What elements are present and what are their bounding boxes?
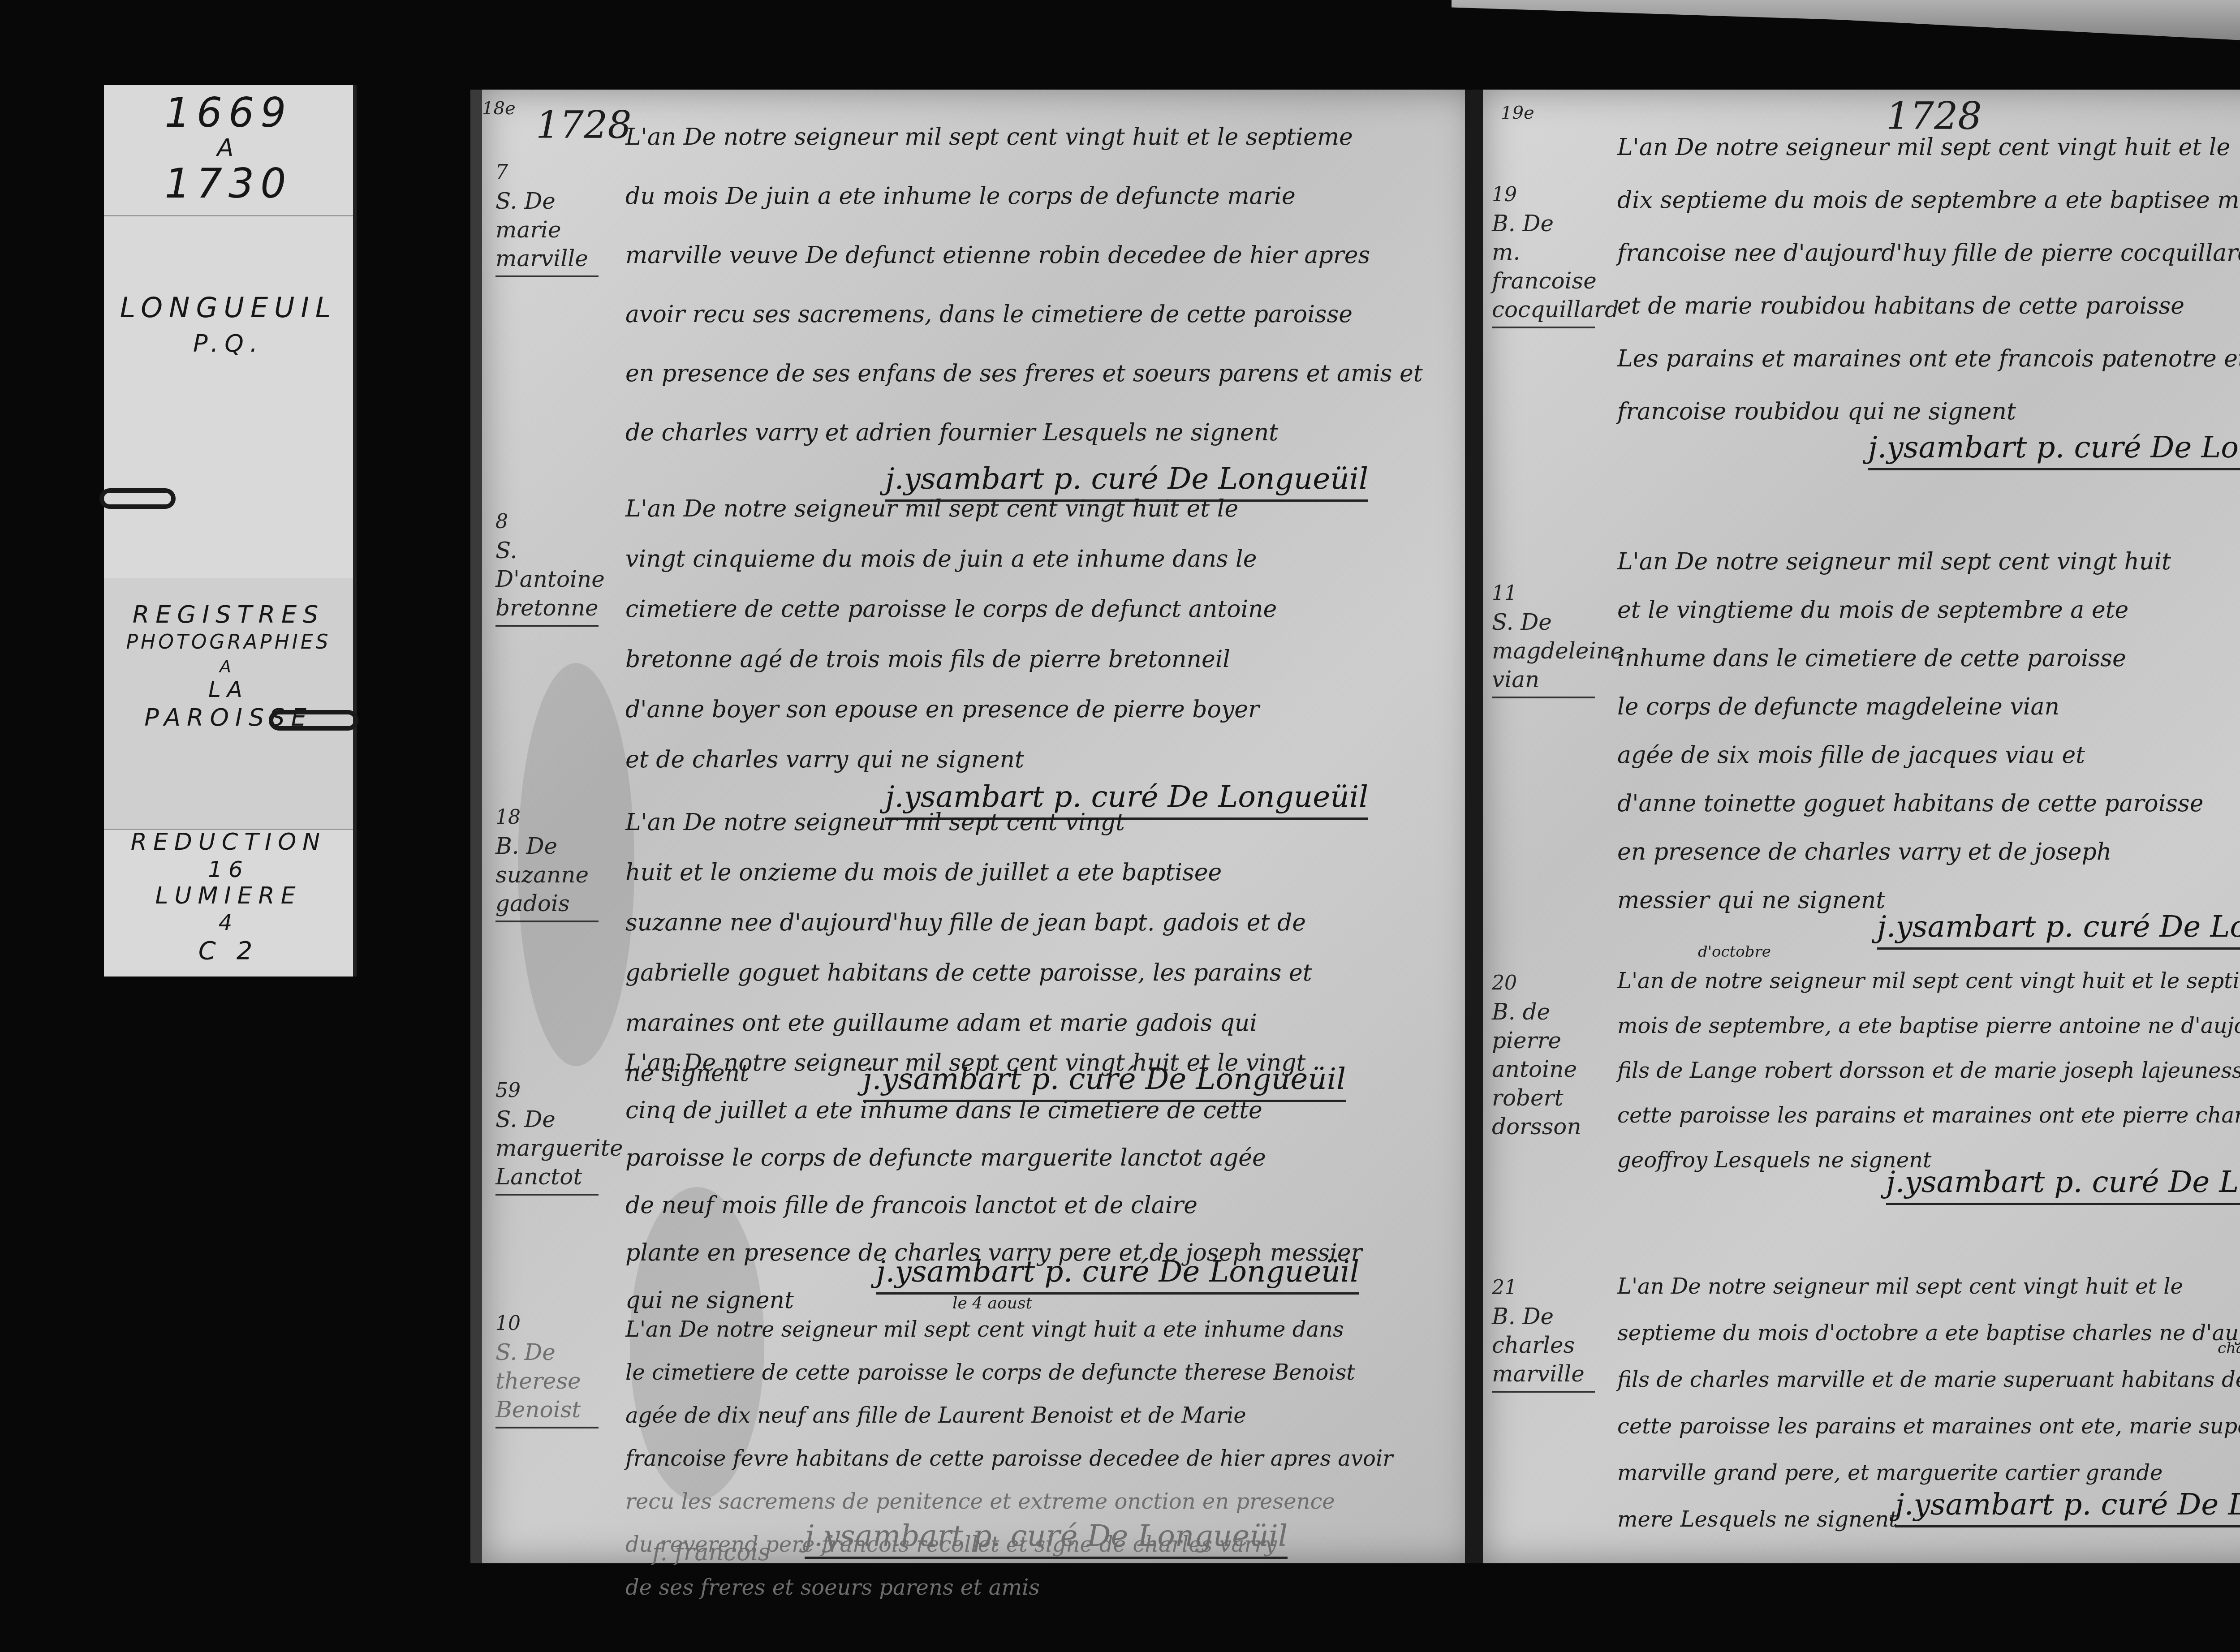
label-tech-line: C 2: [104, 936, 353, 965]
right-page: 1728 19e 19 B. De m. francoise cocquilla…: [1483, 90, 2240, 1563]
margin-line: suzanne: [495, 862, 589, 888]
entry-line: francoise nee d'aujourd'huy fille de pie…: [1617, 227, 2240, 280]
entry-line: et de charles varry qui ne signent: [625, 735, 1277, 785]
label-place-region: P.Q.: [104, 329, 353, 357]
entry-margin-note: 20 B. de pierre antoine robert dorsson: [1492, 968, 1613, 1141]
entry-line: L'an De notre seigneur mil sept cent vin…: [625, 1308, 1393, 1351]
entry-line: L'an De notre seigneur mil sept cent vin…: [625, 108, 1423, 167]
interlinear-note: d'octobre: [1698, 943, 1771, 961]
margin-line: Lanctot: [495, 1164, 582, 1190]
margin-line: gadois: [495, 891, 570, 916]
entry-line: L'an De notre seigneur mil sept cent vin…: [625, 484, 1277, 534]
entry-line: L'an De notre seigneur mil sept cent vin…: [625, 1039, 1362, 1087]
margin-line: antoine: [1492, 1056, 1577, 1082]
label-date-to: 1730: [104, 160, 353, 207]
margin-line: robert: [1492, 1085, 1564, 1111]
paper-clip-icon: [269, 710, 358, 731]
label-place-name: LONGUEUIL: [104, 291, 353, 324]
label-note-section: REGISTRES PHOTOGRAPHIES A LA PAROISSE: [104, 578, 353, 830]
label-note-line: LA: [104, 676, 353, 702]
entry-line: et le vingtieme du mois de septembre a e…: [1617, 586, 2203, 634]
entry-line: L'an De notre seigneur mil sept cent vin…: [1617, 538, 2203, 586]
margin-line: magdeleine: [1492, 638, 1624, 664]
paper-clip-icon: [99, 488, 176, 509]
label-tech-section: REDUCTION 16 LUMIERE 4 C 2: [104, 829, 353, 977]
entry-number: 19: [1492, 183, 1517, 206]
entry-text: L'an De notre seigneur mil sept cent vin…: [625, 108, 1423, 462]
curate-signature: j.ysambart p. curé De Longueüil: [1868, 430, 2240, 470]
label-note-line: A: [104, 657, 353, 676]
entry-line: agée de six mois fille de jacques viau e…: [1617, 731, 2203, 779]
curate-signature: j.ysambart p. curé De Longueüil: [805, 1519, 1288, 1559]
entry-line: cinq de juillet a ete inhume dans le cim…: [625, 1087, 1362, 1134]
folio-number: 18e: [482, 94, 603, 123]
entry-line: agée de dix neuf ans fille de Laurent Be…: [625, 1394, 1393, 1437]
entry-line: le corps de defuncte magdeleine vian: [1617, 683, 2203, 731]
entry-line: bretonne agé de trois mois fils de pierr…: [625, 634, 1277, 684]
label-tech-line: 16: [104, 856, 353, 882]
entry-line: de charles varry et adrien fournier Lesq…: [625, 403, 1423, 462]
label-note-line: PHOTOGRAPHIES: [104, 631, 353, 654]
entry-line: vingt cinquieme du mois de juin a ete in…: [625, 534, 1277, 584]
margin-line: marville: [495, 245, 588, 271]
margin-line: B. de pierre: [1492, 999, 1561, 1054]
label-place-section: LONGUEUIL P.Q.: [104, 215, 353, 579]
entry-line: gabrielle goguet habitans de cette paroi…: [625, 948, 1312, 998]
margin-line: marie: [495, 217, 561, 243]
margin-line: S. De: [1492, 609, 1552, 635]
entry-line: cette paroisse les parains et maraines o…: [1617, 1403, 2240, 1450]
margin-line: charles: [1492, 1332, 1575, 1358]
margin-line: B. De: [495, 833, 557, 859]
margin-line: dorsson: [1492, 1114, 1581, 1140]
entry-line: fils de charles marville et de marie sup…: [1617, 1356, 2240, 1403]
entry-line: cimetiere de cette paroisse le corps de …: [625, 584, 1277, 634]
left-page: 1728 18e 7 S. De marie marville L'an De …: [470, 90, 1477, 1563]
entry-line: paroisse le corps de defuncte marguerite…: [625, 1134, 1362, 1182]
entry-number: 8: [495, 510, 508, 533]
margin-line: S. D'antoine: [495, 538, 605, 592]
margin-line: vian: [1492, 667, 1539, 693]
curate-signature: j.ysambart p. curé De Longueüil: [1877, 909, 2240, 950]
curate-signature: j.ysambart p. curé De Longueüil: [876, 1254, 1359, 1295]
entry-line: septieme du mois d'octobre a ete baptise…: [1617, 1310, 2240, 1356]
margin-line: marville: [1492, 1361, 1585, 1387]
entry-line: d'anne boyer son epouse en presence de p…: [625, 684, 1277, 735]
entry-number: 11: [1492, 582, 1517, 605]
entry-line: avoir recu ses sacremens, dans le cimeti…: [625, 285, 1423, 344]
entry-number: 21: [1492, 1276, 1517, 1299]
margin-line: marguerite: [495, 1135, 623, 1161]
entry-margin-note: 10 S. De therese Benoist: [495, 1308, 616, 1428]
entry-number: 10: [495, 1312, 521, 1335]
archive-label-card: 1669 A 1730 LONGUEUIL P.Q. REGISTRES PHO…: [104, 85, 357, 977]
entry-text: L'an De notre seigneur mil sept cent vin…: [1617, 121, 2240, 438]
entry-number: 7: [495, 161, 508, 184]
entry-line: du mois De juin a ete inhume le corps de…: [625, 167, 1423, 226]
curate-signature: j.ysambart p. curé De Longueüil: [1895, 1487, 2240, 1527]
margin-line: S. De: [495, 1106, 556, 1132]
entry-line: L'an de notre seigneur mil sept cent vin…: [1617, 959, 2240, 1003]
entry-line: en presence de ses enfans de ses freres …: [625, 344, 1423, 403]
margin-line: B. De: [1492, 1304, 1554, 1329]
entry-line: fils de Lange robert dorsson et de marie…: [1617, 1048, 2240, 1093]
label-tech-line: 4: [104, 910, 353, 935]
margin-line: bretonne: [495, 595, 599, 621]
margin-line: m. francoise: [1492, 239, 1597, 294]
entry-line: dix septieme du mois de septembre a ete …: [1617, 174, 2240, 227]
entry-number: 59: [495, 1079, 521, 1102]
margin-line: S. De therese: [495, 1339, 581, 1394]
label-date-from: 1669: [104, 90, 353, 137]
entry-number: 20: [1492, 972, 1517, 994]
entry-line: mois de septembre, a ete baptise pierre …: [1617, 1003, 2240, 1048]
margin-line: Benoist: [495, 1397, 581, 1423]
label-date-separator: A: [104, 133, 353, 162]
entry-line: francoise fevre habitans de cette parois…: [625, 1437, 1393, 1480]
label-note-line: REGISTRES: [104, 600, 353, 628]
entry-text: L'an De notre seigneur mil sept cent vin…: [1617, 538, 2203, 925]
entry-margin-note: 7 S. De marie marville: [495, 157, 616, 277]
entry-line: L'an De notre seigneur mil sept cent vin…: [1617, 121, 2240, 174]
entry-line: en presence de charles varry et de josep…: [1617, 828, 2203, 876]
entry-margin-note: 59 S. De marguerite Lanctot: [495, 1075, 616, 1196]
label-tech-line: REDUCTION: [104, 829, 353, 856]
entry-line: recu les sacremens de penitence et extre…: [625, 1480, 1393, 1523]
entry-line: cette paroisse les parains et maraines o…: [1617, 1093, 2240, 1138]
register-book: 1728 18e 7 S. De marie marville L'an De …: [470, 90, 2240, 1563]
label-tech-line: LUMIERE: [104, 882, 353, 909]
margin-line: B. De: [1492, 211, 1554, 237]
label-dates-section: 1669 A 1730: [104, 85, 353, 216]
entry-line: et de marie roubidou habitans de cette p…: [1617, 280, 2240, 332]
entry-margin-note: 19 B. De m. francoise cocquillard: [1492, 179, 1613, 328]
margin-line: S. De: [495, 188, 556, 214]
margin-line: cocquillard: [1492, 297, 1619, 323]
entry-line: de neuf mois fille de francois lanctot e…: [625, 1182, 1362, 1229]
entry-line: Les parains et maraines ont ete francois…: [1617, 332, 2240, 385]
entry-line: huit et le onzieme du mois de juillet a …: [625, 848, 1312, 898]
entry-line: le cimetiere de cette paroisse le corps …: [625, 1351, 1393, 1394]
entry-margin-note: 18 B. De suzanne gadois: [495, 802, 616, 922]
entry-margin-note: 21 B. De charles marville: [1492, 1272, 1613, 1393]
entry-line: L'an De notre seigneur mil sept cent vin…: [1617, 1263, 2240, 1310]
entry-line: inhume dans le cimetiere de cette parois…: [1617, 634, 2203, 683]
curate-signature: j.ysambart p. curé De Longueüil: [1886, 1165, 2240, 1205]
entry-line: L'an De notre seigneur mil sept cent vin…: [625, 797, 1312, 848]
entry-text: L'an De notre seigneur mil sept cent vin…: [625, 484, 1277, 785]
book-gutter: [1465, 90, 1483, 1563]
entry-text: L'an de notre seigneur mil sept cent vin…: [1617, 959, 2240, 1183]
witness-signature: f. francois: [652, 1523, 770, 1582]
entry-number: 18: [495, 806, 521, 829]
entry-line: d'anne toinette goguet habitans de cette…: [1617, 779, 2203, 828]
entry-margin-note: 11 S. De magdeleine vian: [1492, 578, 1613, 698]
entry-line: marville veuve De defunct etienne robin …: [625, 226, 1423, 285]
entry-margin-note: 8 S. D'antoine bretonne: [495, 506, 616, 627]
folio-number: 19e: [1501, 99, 1622, 127]
entry-line: suzanne nee d'aujourd'huy fille de jean …: [625, 898, 1312, 948]
